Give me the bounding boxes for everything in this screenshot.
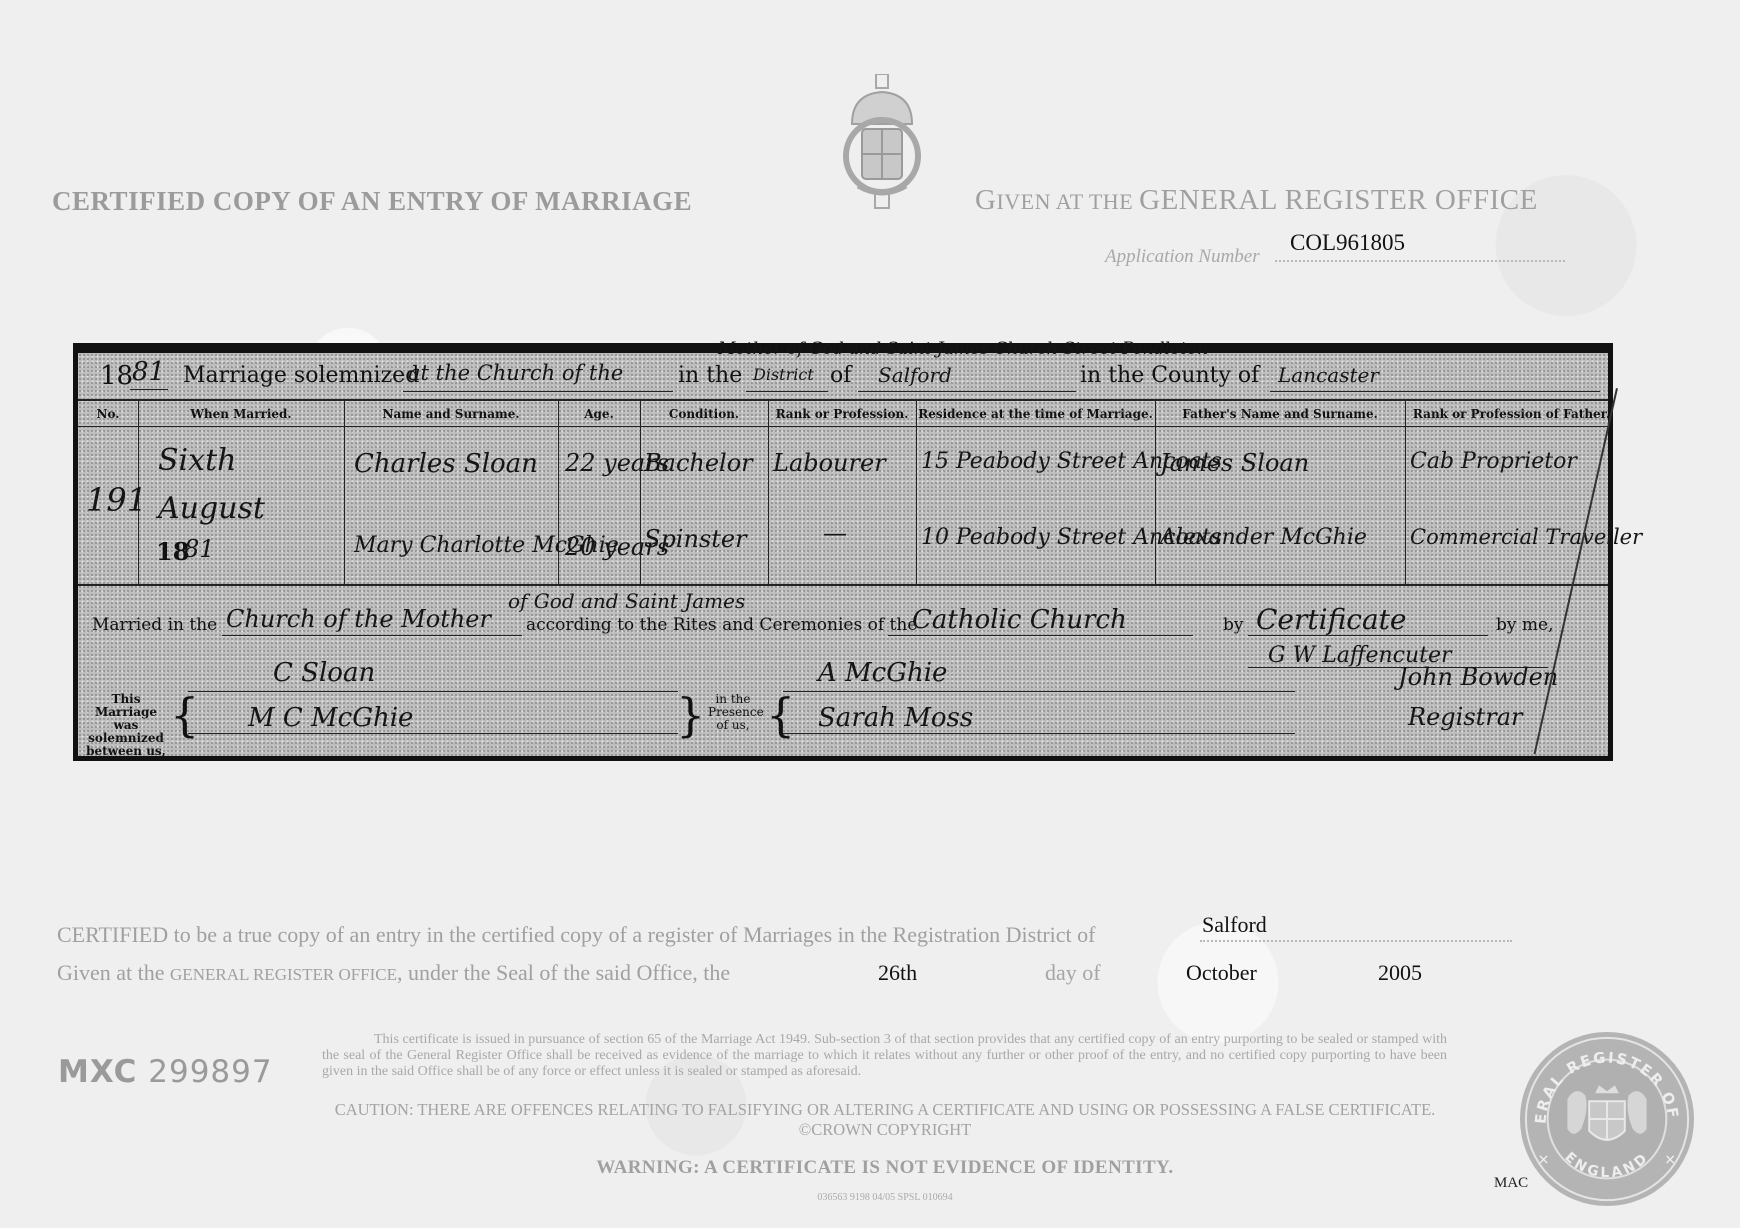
bride-father-profession: Commercial Traveller xyxy=(1410,525,1642,549)
married-in-value: Church of the Mother xyxy=(226,605,491,633)
issue-month: October xyxy=(1186,960,1257,986)
rites-label: according to the Rites and Ceremonies of… xyxy=(526,615,917,635)
county-value: Lancaster xyxy=(1278,363,1379,387)
legal-notice: This certificate is issued in pursuance … xyxy=(322,1032,1447,1080)
solemnized-label: Marriage solemnized xyxy=(183,363,419,388)
presence-label: in the Presence of us, xyxy=(708,693,758,732)
bride-condition: Spinster xyxy=(644,525,747,553)
rites-value: Catholic Church xyxy=(912,605,1127,635)
solemnized-between-label: This Marriage was solemnized between us, xyxy=(86,693,166,758)
column-header-name: Name and Surname. xyxy=(344,407,558,421)
year-printed: 18 xyxy=(100,361,133,391)
given-at-statement: Given at the GENERAL REGISTER OFFICE, un… xyxy=(57,960,730,986)
year-handwritten: 81 xyxy=(132,357,165,387)
caution-notice: CAUTION: THERE ARE OFFENCES RELATING TO … xyxy=(330,1100,1440,1140)
svg-text:✕: ✕ xyxy=(1664,1152,1676,1168)
when-married-year-handwritten: 81 xyxy=(184,535,215,563)
column-header-age: Age. xyxy=(558,407,640,421)
day-of-label: day of xyxy=(1045,960,1101,986)
column-header-condition: Condition. xyxy=(640,407,768,421)
general-register-office-seal-icon: GENERAL REGISTER OFFICE ENGLAND ✕ ✕ xyxy=(1518,1030,1696,1208)
solemnized-value-continued: Mother of God and Saint James Church Str… xyxy=(718,339,1208,359)
application-number-dotted-line xyxy=(1275,260,1565,262)
groom-signature: C Sloan xyxy=(273,658,375,688)
column-header-when-married: When Married. xyxy=(138,407,344,421)
issue-day: 26th xyxy=(878,960,917,986)
by-label: by xyxy=(1223,615,1244,635)
by-value: Certificate xyxy=(1256,603,1406,636)
svg-text:✕: ✕ xyxy=(1538,1152,1550,1168)
of-label: of xyxy=(830,363,851,388)
print-code: 036563 9198 04/05 SPSL 010694 xyxy=(330,1192,1440,1203)
groom-father-profession: Cab Proprietor xyxy=(1410,449,1577,474)
married-in-label: Married in the xyxy=(92,615,217,635)
married-in-value-continued: of God and Saint James xyxy=(508,589,745,613)
when-married-day: Sixth xyxy=(158,443,236,478)
column-header-no: No. xyxy=(78,407,138,421)
issue-year: 2005 xyxy=(1378,960,1422,986)
registrar-title: Registrar xyxy=(1408,703,1523,731)
bride-profession: — xyxy=(823,519,847,547)
initials: MAC xyxy=(1494,1175,1528,1192)
groom-name: Charles Sloan xyxy=(354,449,538,479)
register-entry-table: 18 81 Marriage solemnized at the Church … xyxy=(73,343,1613,761)
district-word: District xyxy=(753,365,814,384)
column-header-residence: Residence at the time of Marriage. xyxy=(916,407,1155,421)
in-the-label: in the xyxy=(678,363,742,388)
office-heading: GIVEN AT THE GENERAL REGISTER OFFICE xyxy=(975,184,1538,217)
register-district-value: Salford xyxy=(878,363,952,387)
column-header-father-name: Father's Name and Surname. xyxy=(1155,407,1405,421)
bride-father-name: Alexander McGhie xyxy=(1160,525,1367,550)
column-header-father-profession: Rank or Profession of Father. xyxy=(1405,407,1618,421)
district-dotted-line xyxy=(1200,940,1512,942)
registrar-signature: John Bowden xyxy=(1398,663,1558,691)
registration-district-value: Salford xyxy=(1202,912,1267,938)
solemnized-value: at the Church of the xyxy=(408,361,623,385)
when-married-month: August xyxy=(158,491,265,526)
groom-profession: Labourer xyxy=(773,449,886,477)
witness-1-signature: A McGhie xyxy=(818,658,947,688)
column-header-profession: Rank or Profession. xyxy=(768,407,916,421)
by-me-label: by me, xyxy=(1496,615,1553,635)
groom-condition: Bachelor xyxy=(644,449,753,477)
certificate-serial-number: MXC 299897 xyxy=(58,1054,273,1090)
certified-statement: CERTIFIED to be a true copy of an entry … xyxy=(57,922,1095,948)
county-label: in the County of xyxy=(1080,363,1259,388)
royal-crest-icon xyxy=(832,74,932,214)
groom-father-name: James Sloan xyxy=(1160,449,1309,477)
bride-signature: M C McGhie xyxy=(248,703,413,733)
entry-number: 191 xyxy=(86,481,147,519)
certificate-title: CERTIFIED COPY OF AN ENTRY OF MARRIAGE xyxy=(52,186,692,217)
application-number-label: Application Number xyxy=(1105,246,1260,268)
application-number-value: COL961805 xyxy=(1290,230,1405,256)
identity-warning: WARNING: A CERTIFICATE IS NOT EVIDENCE O… xyxy=(330,1157,1440,1179)
witness-2-signature: Sarah Moss xyxy=(818,703,973,733)
right-brace-icon: } xyxy=(676,688,705,742)
